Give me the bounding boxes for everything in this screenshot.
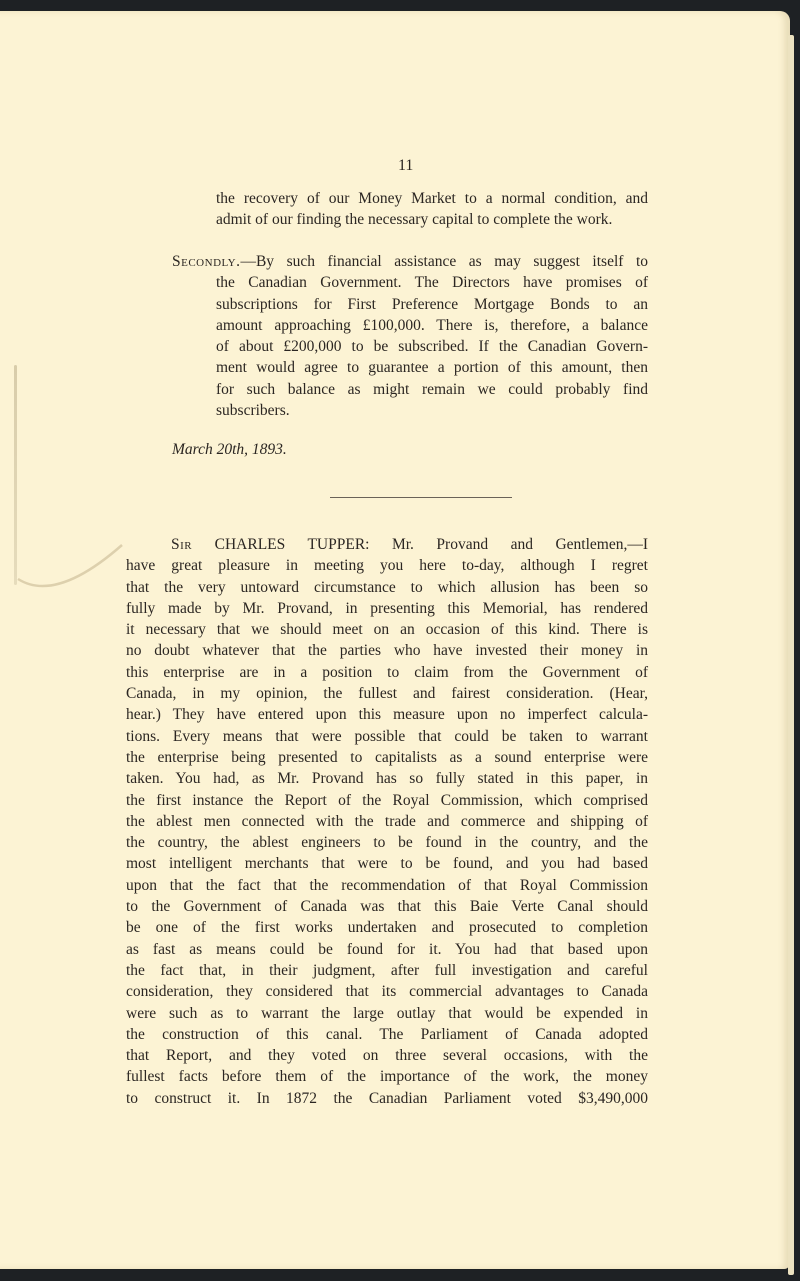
text-line: the enterprise being presented to capita… [126,747,648,768]
text-line: most intelligent merchants that were to … [126,853,648,874]
text-line: fully made by Mr. Provand, in presenting… [126,598,648,619]
text-line: to construct it. In 1872 the Canadian Pa… [126,1088,648,1109]
text-line: of about £200,000 to be subscribed. If t… [172,336,648,357]
paragraph-continuation: the recovery of our Money Market to a no… [216,188,648,231]
text-line: have great pleasure in meeting you here … [126,555,648,576]
section-divider [330,497,512,498]
text-line: consideration, they considered that its … [126,981,648,1002]
page-edge [788,35,794,1275]
text-line: subscriptions for First Preference Mortg… [172,294,648,315]
text-line: be one of the first works undertaken and… [126,917,648,938]
text-line: the construction of this canal. The Parl… [126,1024,648,1045]
text-line: this enterprise are in a position to cla… [126,662,648,683]
binding-string-curve [16,531,126,591]
text-line: Sir CHARLES TUPPER: Mr. Provand and Gent… [126,534,648,555]
speaker-name: CHARLES TUPPER [215,536,366,553]
text-line: the Canadian Government. The Directors h… [172,272,648,293]
text-line: the fact that, in their judgment, after … [126,960,648,981]
document-page: 11 the recovery of our Money Market to a… [0,11,790,1269]
text-line: admit of our finding the necessary capit… [216,209,648,230]
text-line: it necessary that we should meet on an o… [126,619,648,640]
text-line: Secondly.—By such financial assistance a… [172,251,648,272]
text-line: that the very untoward circumstance to w… [126,577,648,598]
paragraph-lead: Secondly. [172,253,240,270]
text-line: hear.) They have entered upon this measu… [126,704,648,725]
date-line: March 20th, 1893. [172,441,287,459]
text-line: Canada, in my opinion, the fullest and f… [126,683,648,704]
speaker-prefix: Sir [171,536,192,553]
text-line: no doubt whatever that the parties who h… [126,640,648,661]
text-line: the country, the ablest engineers to be … [126,832,648,853]
text-line: ment would agree to guarantee a portion … [172,357,648,378]
text-line: the ablest men connected with the trade … [126,811,648,832]
text-line: as fast as means could be found for it. … [126,939,648,960]
paragraph-secondly: Secondly.—By such financial assistance a… [172,251,648,421]
text-line: the recovery of our Money Market to a no… [216,188,648,209]
text-line: tions. Every means that were possible th… [126,726,648,747]
text-line: subscribers. [172,400,648,421]
text-line: fullest facts before them of the importa… [126,1066,648,1087]
text-line: that Report, and they voted on three sev… [126,1045,648,1066]
text-line: to the Government of Canada was that thi… [126,896,648,917]
text-line: upon that the fact that the recommendati… [126,875,648,896]
text-line: the first instance the Report of the Roy… [126,790,648,811]
text-line: amount approaching £100,000. There is, t… [172,315,648,336]
text-line: for such balance as might remain we coul… [172,379,648,400]
speech-paragraph: Sir CHARLES TUPPER: Mr. Provand and Gent… [126,534,648,1109]
page-number: 11 [398,157,413,175]
text-line: taken. You had, as Mr. Provand has so fu… [126,768,648,789]
text-line: were such as to warrant the large outlay… [126,1003,648,1024]
